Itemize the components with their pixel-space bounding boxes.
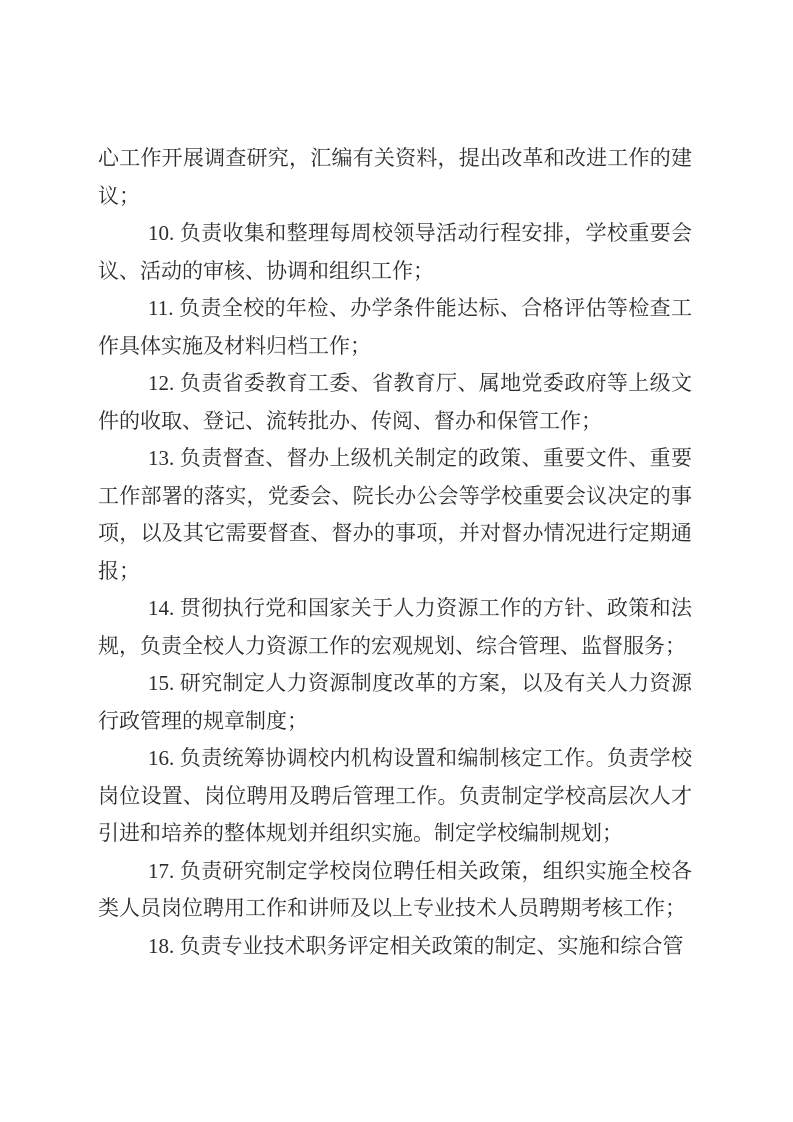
paragraph-continuation: 心工作开展调查研究，汇编有关资料，提出改革和改进工作的建议； bbox=[98, 140, 692, 215]
paragraph-item-16: 16. 负责统筹协调校内机构设置和编制核定工作。负责学校岗位设置、岗位聘用及聘后… bbox=[98, 740, 692, 853]
paragraph-item-17: 17. 负责研究制定学校岗位聘任相关政策，组织实施全校各类人员岗位聘用工作和讲师… bbox=[98, 853, 692, 928]
paragraph-item-10: 10. 负责收集和整理每周校领导活动行程安排，学校重要会议、活动的审核、协调和组… bbox=[98, 215, 692, 290]
paragraph-item-18: 18. 负责专业技术职务评定相关政策的制定、实施和综合管 bbox=[98, 928, 692, 966]
document-page: 心工作开展调查研究，汇编有关资料，提出改革和改进工作的建议； 10. 负责收集和… bbox=[0, 0, 793, 1122]
paragraph-item-14: 14. 贯彻执行党和国家关于人力资源工作的方针、政策和法规，负责全校人力资源工作… bbox=[98, 590, 692, 665]
paragraph-item-13: 13. 负责督查、督办上级机关制定的政策、重要文件、重要工作部署的落实，党委会、… bbox=[98, 440, 692, 590]
paragraph-item-12: 12. 负责省委教育工委、省教育厅、属地党委政府等上级文件的收取、登记、流转批办… bbox=[98, 365, 692, 440]
paragraph-item-15: 15. 研究制定人力资源制度改革的方案，以及有关人力资源行政管理的规章制度； bbox=[98, 665, 692, 740]
document-body: 心工作开展调查研究，汇编有关资料，提出改革和改进工作的建议； 10. 负责收集和… bbox=[98, 140, 692, 965]
paragraph-item-11: 11. 负责全校的年检、办学条件能达标、合格评估等检查工作具体实施及材料归档工作… bbox=[98, 290, 692, 365]
